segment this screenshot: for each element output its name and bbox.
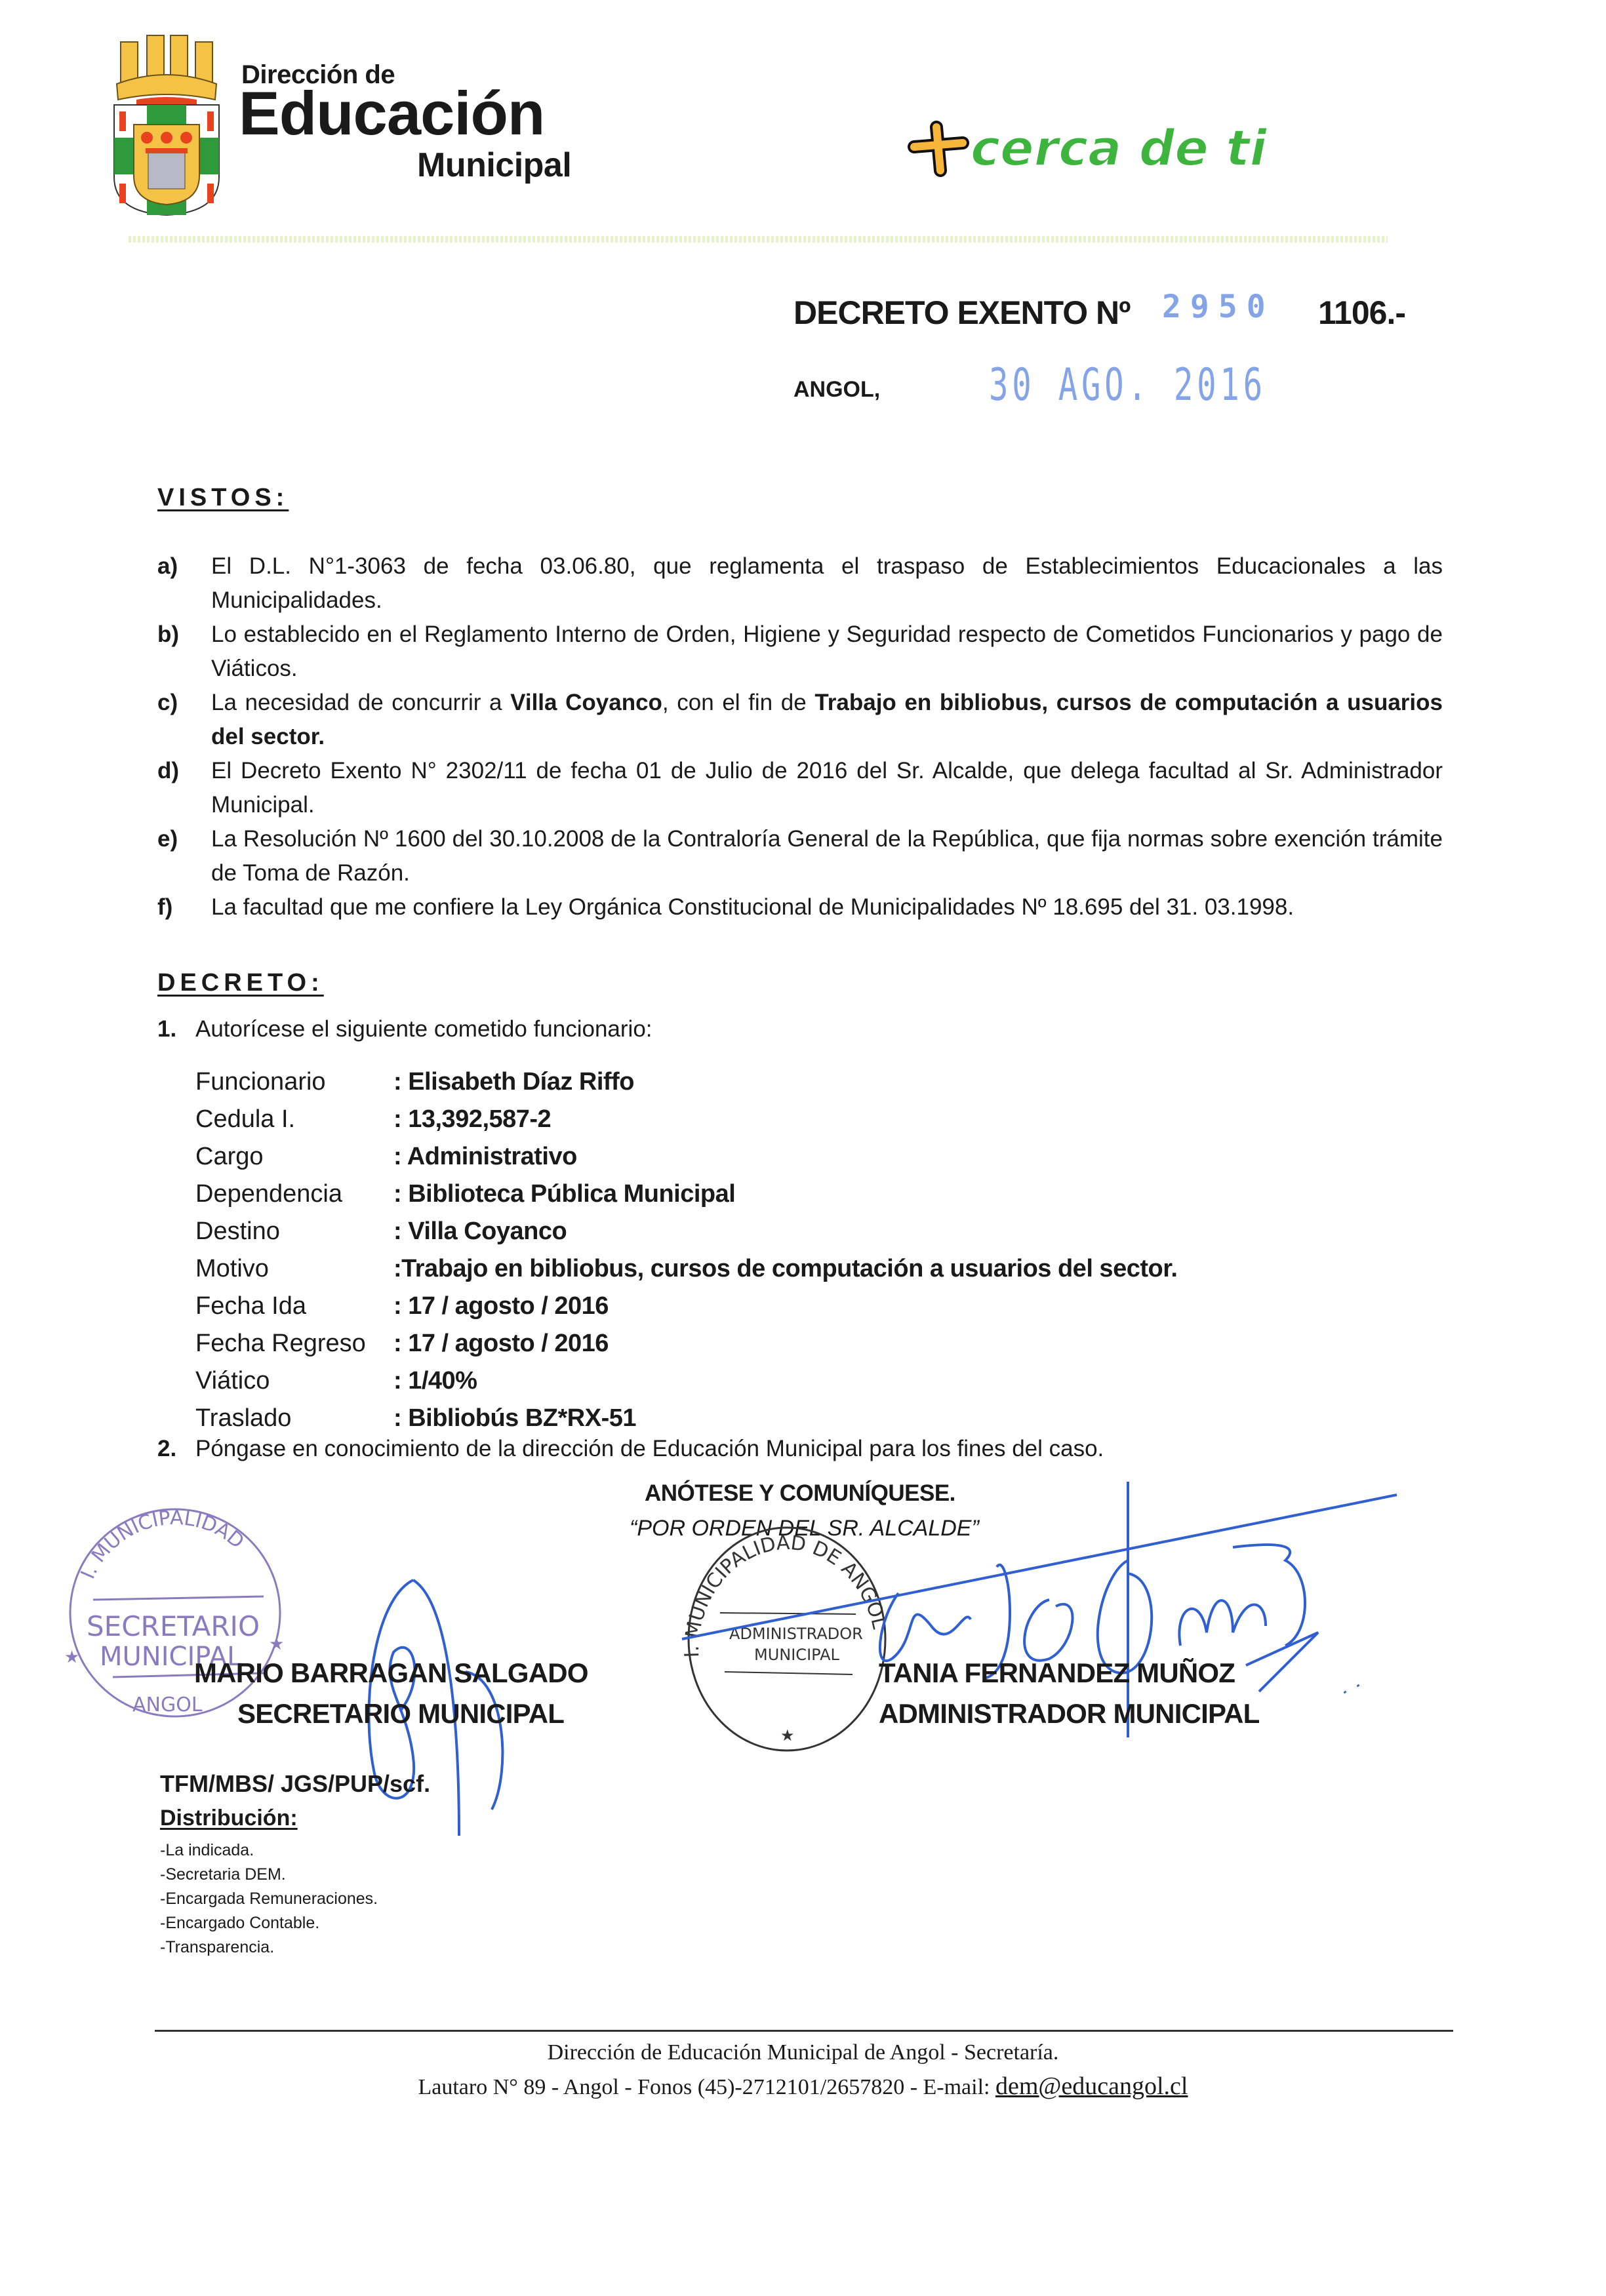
administrador-title: ADMINISTRADOR MUNICIPAL — [879, 1698, 1259, 1730]
header-separator — [129, 236, 1388, 243]
vistos-heading: VISTOS: — [157, 484, 289, 512]
distribution-heading: Distribución: — [160, 1806, 298, 1831]
responsible-initials: TFM/MBS/ JGS/PUP/scf. — [160, 1770, 430, 1798]
stamped-decree-number: 2950 — [1162, 288, 1275, 325]
svg-text:★: ★ — [64, 1647, 79, 1667]
field-viatico: Viático: 1/40% — [195, 1362, 1177, 1400]
vistos-item-f: f) La facultad que me confiere la Ley Or… — [157, 890, 1443, 924]
decree-place: ANGOL, — [793, 377, 880, 403]
administrador-name: TANIA FERNANDEZ MUÑOZ — [879, 1657, 1235, 1689]
footer-divider — [155, 2030, 1453, 2032]
svg-text:I. MUNICIPALIDAD DE ANGOL: I. MUNICIPALIDAD DE ANGOL — [681, 1532, 891, 1658]
decreto-item-2: 2.Póngase en conocimiento de la direcció… — [157, 1436, 1104, 1462]
vistos-item-c: c) La necesidad de concurrir a Villa Coy… — [157, 686, 1443, 754]
distribution-item: -Secretaria DEM. — [160, 1863, 378, 1887]
distribution-list: -La indicada. -Secretaria DEM. -Encargad… — [160, 1838, 378, 1960]
decreto-item-1: 1.Autorícese el siguiente cometido funci… — [157, 1016, 652, 1042]
administrador-seal-stamp: I. MUNICIPALIDAD DE ANGOL ADMINISTRADOR … — [662, 1514, 912, 1764]
svg-text:★: ★ — [269, 1634, 284, 1653]
field-cargo: Cargo: Administrativo — [195, 1138, 1177, 1176]
vistos-item-d: d) El Decreto Exento N° 2302/11 de fecha… — [157, 754, 1443, 822]
brand-line-educacion: Educación — [239, 83, 544, 144]
svg-text:MUNICIPAL: MUNICIPAL — [754, 1646, 839, 1664]
svg-text:ANGOL: ANGOL — [132, 1693, 203, 1716]
por-orden-text: “POR ORDEN DEL SR. ALCALDE” — [630, 1516, 979, 1541]
stamped-date: 30 AGO. 2016 — [989, 359, 1266, 411]
vistos-list: a) El D.L. N°1-3063 de fecha 03.06.80, q… — [157, 549, 1443, 924]
field-fecha-ida: Fecha Ida: 17 / agosto / 2016 — [195, 1288, 1177, 1325]
distribution-item: -Encargado Contable. — [160, 1911, 378, 1935]
decreto-heading: DECRETO: — [157, 969, 324, 997]
distribution-item: -La indicada. — [160, 1838, 378, 1863]
field-fecha-regreso: Fecha Regreso: 17 / agosto / 2016 — [195, 1325, 1177, 1362]
footer-email-link[interactable]: dem@educangol.cl — [995, 2072, 1188, 2100]
svg-text:ADMINISTRADOR: ADMINISTRADOR — [729, 1625, 863, 1643]
slogan-logo: cerca de ti — [905, 105, 1272, 177]
field-funcionario: Funcionario: Elisabeth Díaz Riffo — [195, 1063, 1177, 1101]
slogan-text: cerca de ti — [971, 119, 1268, 177]
distribution-item: -Encargada Remuneraciones. — [160, 1887, 378, 1911]
vistos-item-b: b) Lo establecido en el Reglamento Inter… — [157, 618, 1443, 686]
secretario-name: MARIO BARRAGAN SALGADO — [194, 1657, 588, 1689]
cometido-fields: Funcionario: Elisabeth Díaz Riffo Cedula… — [195, 1063, 1177, 1437]
svg-text:★: ★ — [780, 1727, 795, 1745]
decree-number: 1106.- — [1318, 294, 1405, 332]
field-cedula: Cedula I.: 13,392,587-2 — [195, 1101, 1177, 1138]
distribution-item: -Transparencia. — [160, 1935, 378, 1960]
field-traslado: Traslado: Bibliobús BZ*RX-51 — [195, 1400, 1177, 1437]
field-destino: Destino: Villa Coyanco — [195, 1213, 1177, 1250]
field-dependencia: Dependencia: Biblioteca Pública Municipa… — [195, 1176, 1177, 1213]
vistos-item-e: e) La Resolución Nº 1600 del 30.10.2008 … — [157, 822, 1443, 890]
svg-text:I. MUNICIPALIDAD: I. MUNICIPALIDAD — [77, 1507, 249, 1583]
footer-office: Dirección de Educación Municipal de Ango… — [0, 2040, 1606, 2065]
svg-text:SECRETARIO: SECRETARIO — [87, 1610, 260, 1642]
anotese-text: ANÓTESE Y COMUNÍQUESE. — [645, 1480, 955, 1507]
decree-title: DECRETO EXENTO Nº — [793, 294, 1130, 332]
footer-contact: Lautaro N° 89 - Angol - Fonos (45)-27121… — [0, 2072, 1606, 2101]
secretario-title: SECRETARIO MUNICIPAL — [237, 1698, 564, 1730]
secretario-seal-stamp: I. MUNICIPALIDAD SECRETARIO MUNICIPAL AN… — [60, 1501, 290, 1724]
field-motivo: Motivo:Trabajo en bibliobus, cursos de c… — [195, 1250, 1177, 1288]
brand-line-municipal: Municipal — [417, 146, 571, 185]
vistos-item-a: a) El D.L. N°1-3063 de fecha 03.06.80, q… — [157, 549, 1443, 618]
municipal-crest-logo — [110, 26, 223, 216]
